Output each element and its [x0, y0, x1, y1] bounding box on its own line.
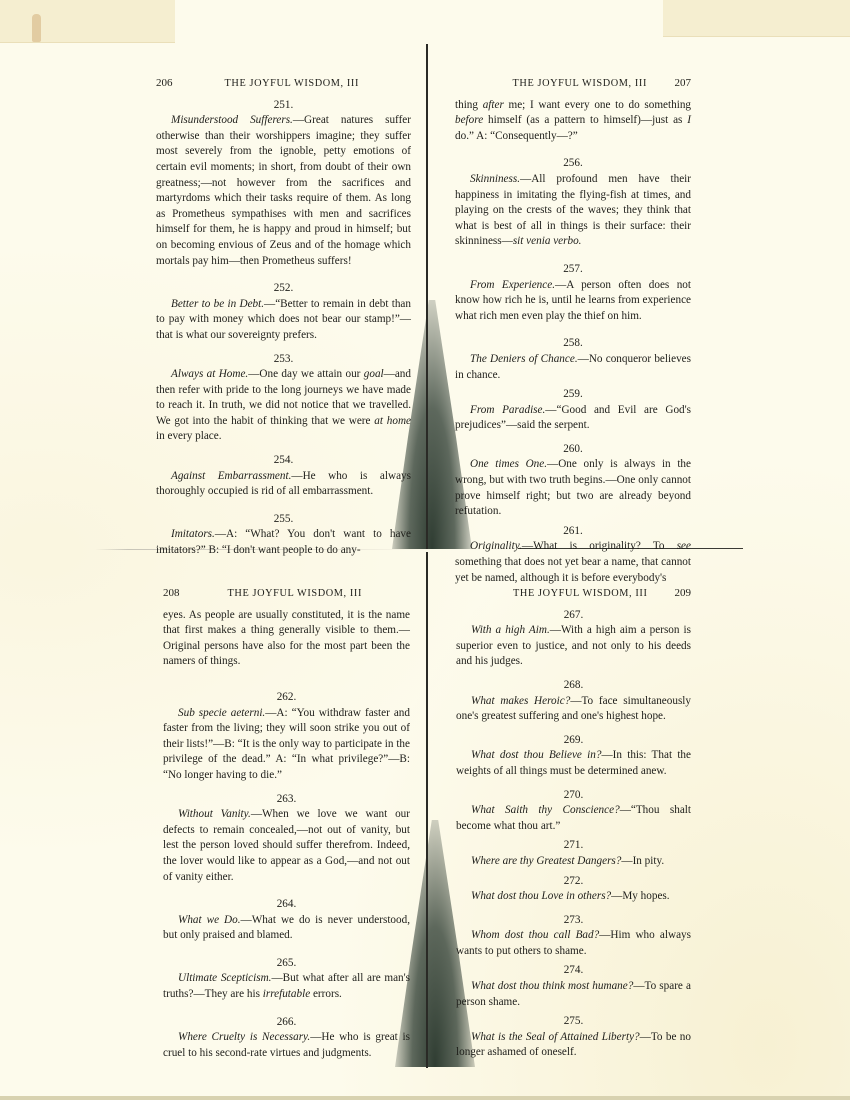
page-206: 206 THE JOYFUL WISDOM, III 251. Misunder…: [156, 76, 411, 559]
aphorism-title: From Experience.: [470, 279, 555, 291]
aphorism-number: 261.: [455, 524, 691, 540]
aphorism-number: 275.: [456, 1014, 691, 1030]
aphorism-title: Always at Home.: [171, 368, 248, 380]
emphasis: see: [677, 540, 691, 552]
aphorism-254: 254. Against Embarrassment.—He who is al…: [156, 453, 411, 500]
running-title: THE JOYFUL WISDOM, III: [456, 586, 675, 602]
aphorism-title: One times One.: [470, 458, 547, 470]
aphorism-title: Sub specie aeterni.: [178, 707, 265, 719]
aphorism-number: 259.: [455, 387, 691, 403]
aphorism-text: —What is originality? To: [522, 540, 677, 552]
aphorism-title: Better to be in Debt.: [171, 298, 264, 310]
running-head: THE JOYFUL WISDOM, III 209: [456, 586, 691, 602]
aphorism-title: From Paradise.: [470, 404, 545, 416]
aphorism-270: 270.What Saith thy Conscience?—“Thou sha…: [456, 788, 691, 835]
aphorism-number: 267.: [456, 608, 691, 624]
aphorism-number: 274.: [456, 963, 691, 979]
aphorism-number: 262.: [163, 690, 410, 706]
aphorism-text: —My hopes.: [611, 890, 669, 902]
aphorism-list: 267.With a high Aim.—With a high aim a p…: [456, 608, 691, 1061]
aphorism-number: 257.: [455, 262, 691, 278]
stain-mark: [32, 14, 41, 42]
emphasis: before: [455, 114, 483, 126]
aphorism-number: 254.: [156, 453, 411, 469]
aphorism-258: 258. The Deniers of Chance.—No conqueror…: [455, 336, 691, 383]
continuation-text: himself (as a pattern to himself)—just a…: [483, 114, 687, 126]
aphorism-title: With a high Aim.: [471, 624, 550, 636]
aphorism-text: —Great natures suffer otherwise than the…: [156, 114, 411, 266]
aphorism-number: 271.: [456, 838, 691, 854]
aphorism-number: 272.: [456, 874, 691, 890]
aphorism-251: 251. Misunderstood Sufferers.—Great natu…: [156, 98, 411, 270]
aphorism-title: What we Do.: [178, 914, 241, 926]
aphorism-title: Misunderstood Sufferers.: [171, 114, 293, 126]
aphorism-number: 258.: [455, 336, 691, 352]
continuation-text: do.” A: “Consequently—?”: [455, 130, 578, 142]
aphorism-256: 256. Skinniness.—All profound men have t…: [455, 156, 691, 250]
tape-strip-right: [663, 0, 850, 37]
aphorism-text: errors.: [310, 988, 342, 1000]
aphorism-261: 261. Originality.—What is originality? T…: [455, 524, 691, 586]
aphorism-267: 267.With a high Aim.—With a high aim a p…: [456, 608, 691, 670]
aphorism-271: 271.Where are thy Greatest Dangers?—In p…: [456, 838, 691, 869]
aphorism-number: 268.: [456, 678, 691, 694]
continuation-text: eyes. As people are usually constituted,…: [163, 608, 410, 670]
emphasis: at home: [374, 415, 411, 427]
aphorism-262: 262. Sub specie aeterni.—A: “You withdra…: [163, 690, 410, 784]
running-title: THE JOYFUL WISDOM, III: [455, 76, 675, 92]
aphorism-number: 266.: [163, 1015, 410, 1031]
aphorism-title: Where Cruelty is Necessary.: [178, 1031, 310, 1043]
continuation-text: me; I want every one to do something: [504, 99, 691, 111]
aphorism-number: 253.: [156, 352, 411, 368]
aphorism-title: What Saith thy Conscience?: [471, 804, 620, 816]
aphorism-259: 259. From Paradise.—“Good and Evil are G…: [455, 387, 691, 434]
running-head: 206 THE JOYFUL WISDOM, III: [156, 76, 411, 92]
aphorism-title: What makes Heroic?: [471, 695, 570, 707]
aphorism-number: 263.: [163, 792, 410, 808]
aphorism-275: 275.What is the Seal of Attained Liberty…: [456, 1014, 691, 1061]
gutter-line-top: [426, 44, 428, 549]
aphorism-text: —One day we attain our: [248, 368, 364, 380]
aphorism-268: 268.What makes Heroic?—To face simultane…: [456, 678, 691, 725]
emphasis: I: [687, 114, 691, 126]
aphorism-text: in every place.: [156, 430, 222, 442]
emphasis: after: [483, 99, 504, 111]
aphorism-title: Against Embarrassment.: [171, 470, 291, 482]
aphorism-title: Without Vanity.: [178, 808, 251, 820]
emphasis: sit venia verbo.: [513, 235, 582, 247]
aphorism-number: 255.: [156, 512, 411, 528]
aphorism-title: Originality.: [470, 540, 522, 552]
aphorism-text: —In pity.: [621, 855, 664, 867]
page-208: 208 THE JOYFUL WISDOM, III eyes. As peop…: [163, 586, 410, 1061]
continuation-255: thing after me; I want every one to do s…: [455, 98, 691, 145]
aphorism-title: Ultimate Scepticism.: [178, 972, 271, 984]
running-title: THE JOYFUL WISDOM, III: [180, 586, 411, 602]
aphorism-264: 264. What we Do.—What we do is never und…: [163, 897, 410, 944]
aphorism-title: What dost thou Believe in?: [471, 749, 601, 761]
aphorism-252: 252. Better to be in Debt.—“Better to re…: [156, 281, 411, 343]
page-number: 206: [156, 76, 173, 92]
aphorism-265: 265. Ultimate Scepticism.—But what after…: [163, 956, 410, 1003]
running-head: 208 THE JOYFUL WISDOM, III: [163, 586, 410, 602]
aphorism-260: 260. One times One.—One only is always i…: [455, 442, 691, 520]
paper-background: [0, 0, 850, 1100]
aphorism-title: Where are thy Greatest Dangers?: [471, 855, 621, 867]
page-209: THE JOYFUL WISDOM, III 209 267.With a hi…: [456, 586, 691, 1061]
aphorism-255: 255. Imitators.—A: “What? You don't want…: [156, 512, 411, 559]
emphasis: irrefutable: [263, 988, 310, 1000]
aphorism-title: Whom dost thou call Bad?: [471, 929, 599, 941]
aphorism-257: 257. From Experience.—A person often doe…: [455, 262, 691, 324]
aphorism-title: Skinniness.: [470, 173, 520, 185]
aphorism-number: 260.: [455, 442, 691, 458]
aphorism-269: 269.What dost thou Believe in?—In this: …: [456, 733, 691, 780]
aphorism-266: 266. Where Cruelty is Necessary.—He who …: [163, 1015, 410, 1062]
aphorism-number: 264.: [163, 897, 410, 913]
aphorism-title: The Deniers of Chance.: [470, 353, 578, 365]
aphorism-title: What dost thou think most humane?: [471, 980, 633, 992]
continuation-261: eyes. As people are usually constituted,…: [163, 608, 410, 670]
aphorism-253: 253. Always at Home.—One day we attain o…: [156, 352, 411, 446]
aphorism-number: 270.: [456, 788, 691, 804]
aphorism-274: 274.What dost thou think most humane?—To…: [456, 963, 691, 1010]
aphorism-text: something that does not yet bear a name,…: [455, 556, 691, 584]
running-title: THE JOYFUL WISDOM, III: [173, 76, 412, 92]
running-head: THE JOYFUL WISDOM, III 207: [455, 76, 691, 92]
aphorism-number: 269.: [456, 733, 691, 749]
aphorism-272: 272.What dost thou Love in others?—My ho…: [456, 874, 691, 905]
page-207: THE JOYFUL WISDOM, III 207 thing after m…: [455, 76, 691, 586]
continuation-text: thing: [455, 99, 483, 111]
page-number: 209: [675, 586, 692, 602]
aphorism-273: 273.Whom dost thou call Bad?—Him who alw…: [456, 913, 691, 960]
page-number: 208: [163, 586, 180, 602]
aphorism-title: Imitators.: [171, 528, 215, 540]
aphorism-number: 265.: [163, 956, 410, 972]
aphorism-title: What is the Seal of Attained Liberty?: [471, 1031, 640, 1043]
aphorism-number: 252.: [156, 281, 411, 297]
aphorism-number: 273.: [456, 913, 691, 929]
aphorism-number: 256.: [455, 156, 691, 172]
aphorism-263: 263. Without Vanity.—When we love we wan…: [163, 792, 410, 886]
emphasis: goal: [364, 368, 384, 380]
tape-strip-left: [0, 0, 175, 43]
aphorism-title: What dost thou Love in others?: [471, 890, 611, 902]
page-number: 207: [675, 76, 692, 92]
gutter-line-bottom: [426, 552, 428, 1068]
paper-bottom-edge: [0, 1096, 850, 1100]
aphorism-number: 251.: [156, 98, 411, 114]
